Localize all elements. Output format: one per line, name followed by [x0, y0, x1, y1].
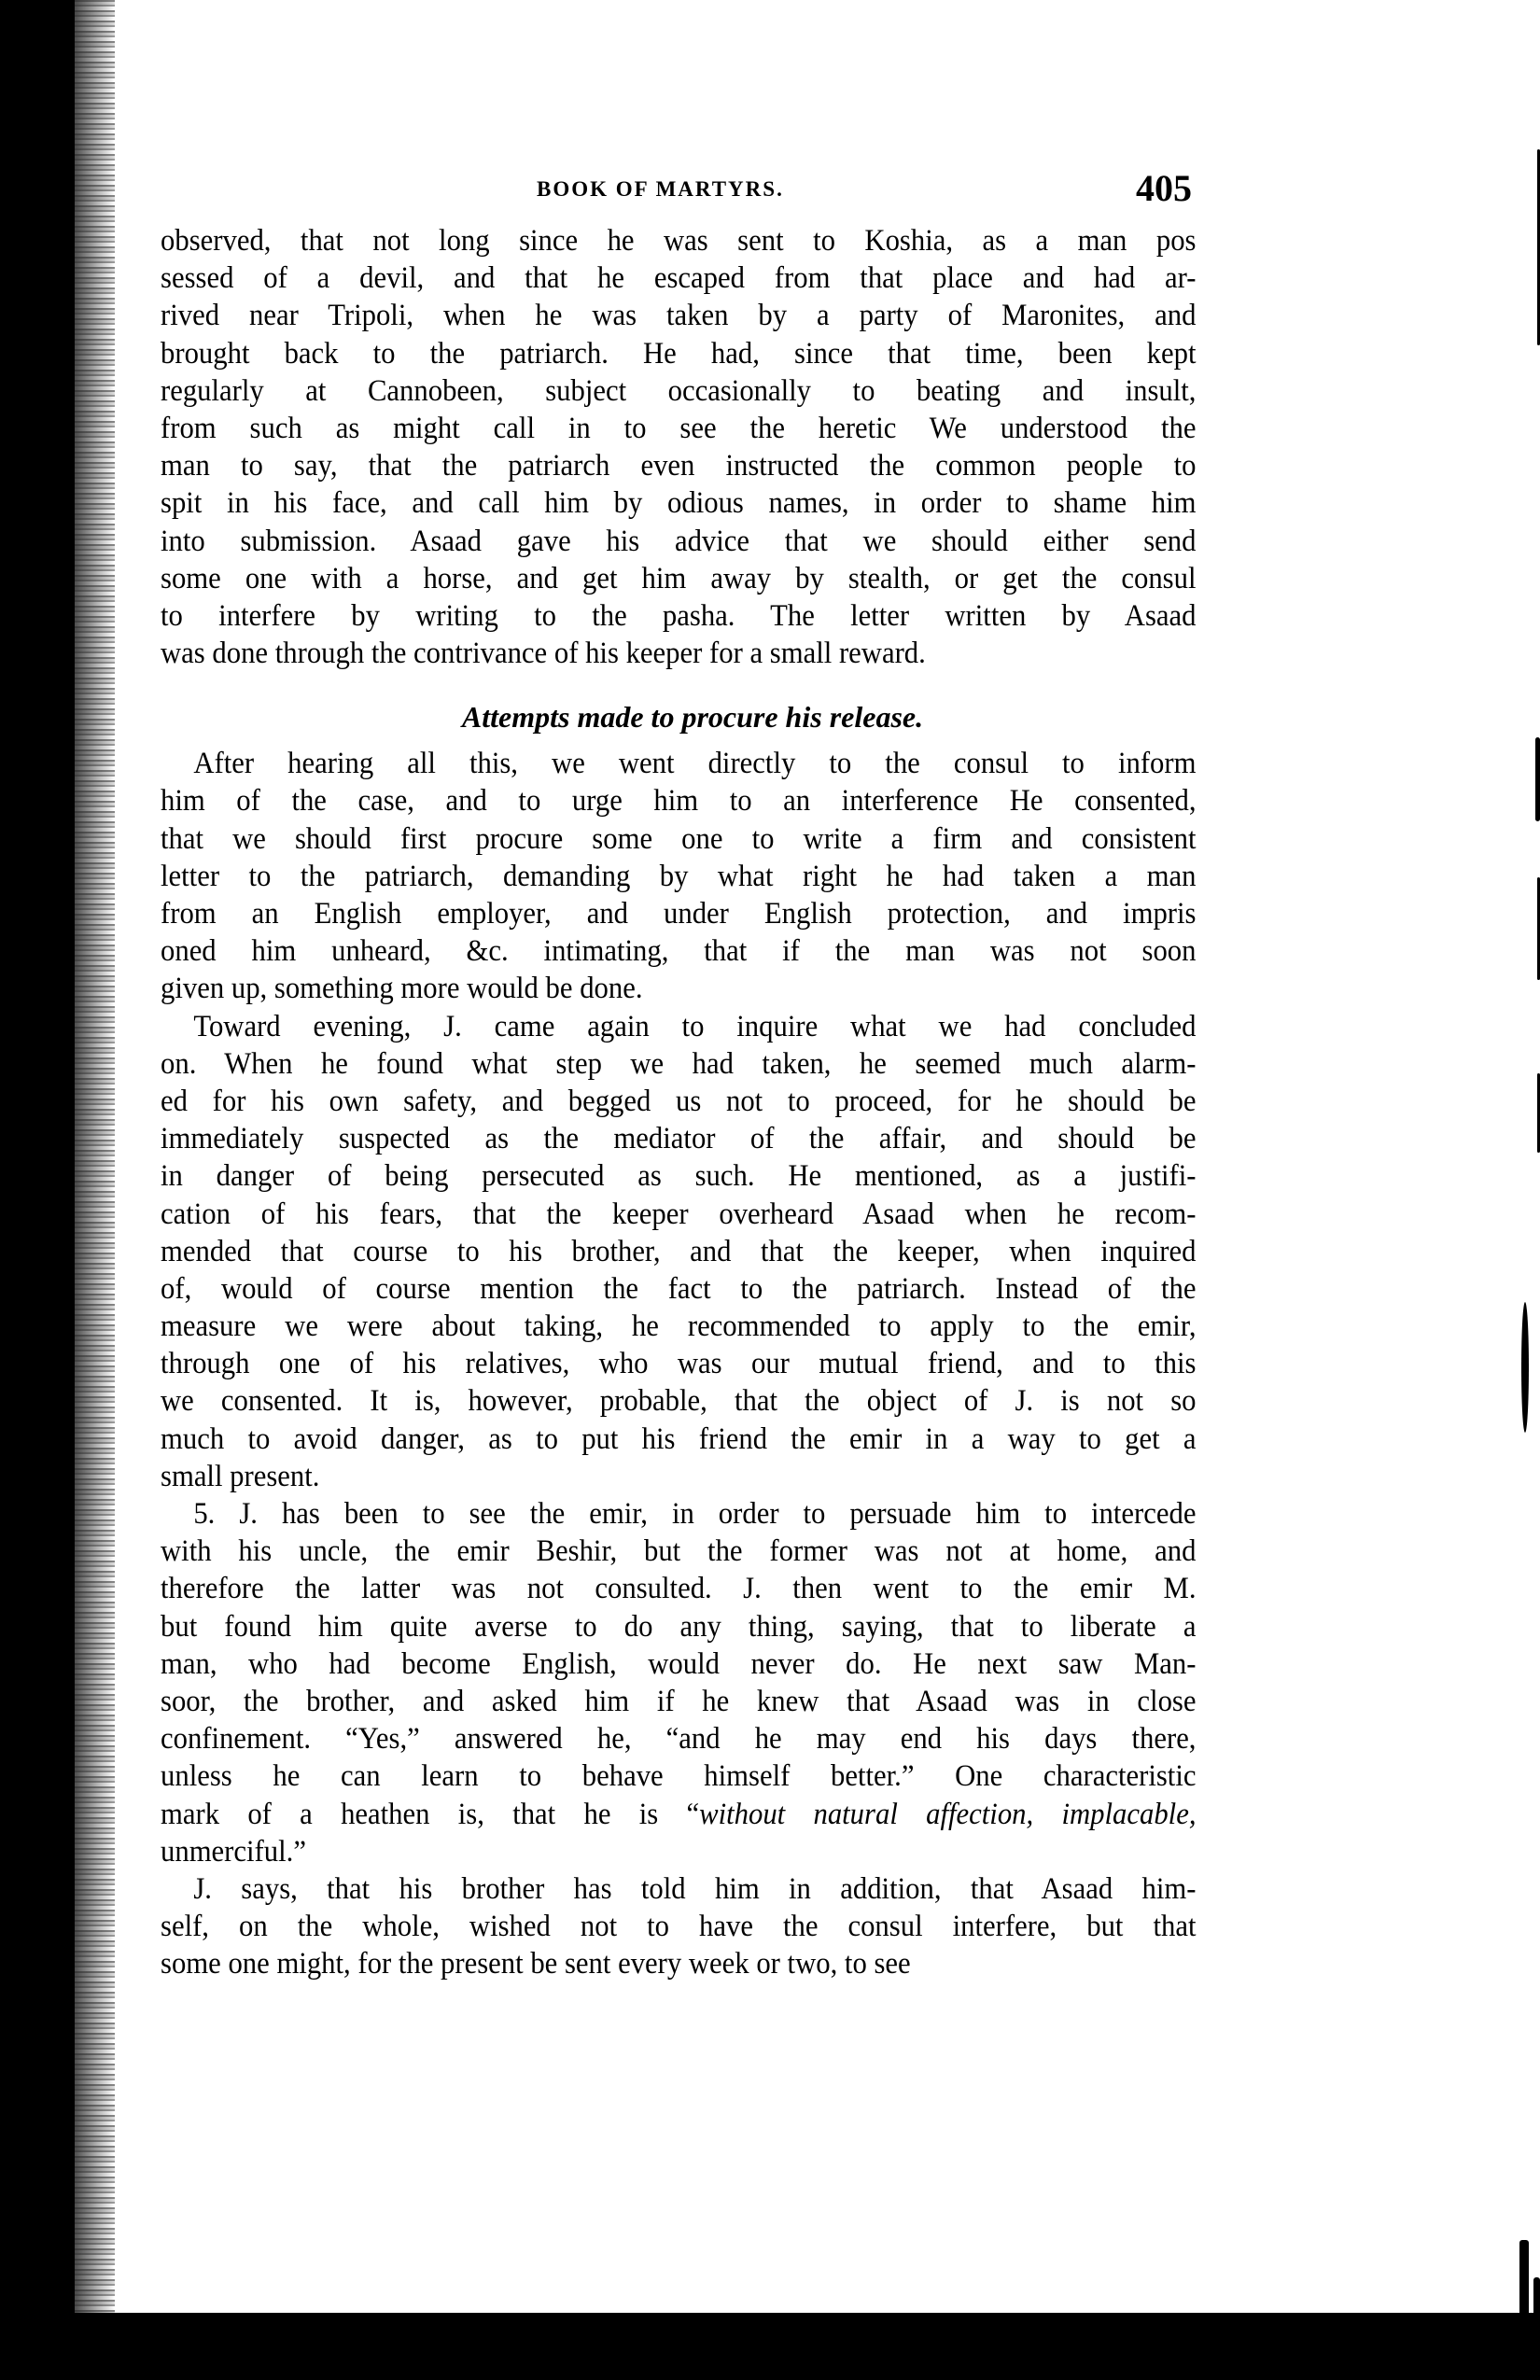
- text-line: sessed of a devil, and that he escaped f…: [161, 259, 1196, 297]
- text-line: brought back to the patriarch. He had, s…: [161, 335, 1196, 372]
- text-line: unmerciful.”: [161, 1833, 1196, 1870]
- text-line: confinement. “Yes,” answered he, “and he…: [161, 1720, 1196, 1757]
- text-line: regularly at Cannobeen, subject occasion…: [161, 372, 1196, 410]
- text-line: from an English employer, and under Engl…: [161, 895, 1196, 932]
- text-line: immediately suspected as the mediator of…: [161, 1120, 1196, 1157]
- text-line: some one might, for the present be sent …: [161, 1945, 1196, 1982]
- text-line: that we should first procure some one to…: [161, 820, 1196, 858]
- text-line: therefore the latter was not consulted. …: [161, 1570, 1196, 1607]
- text-line: we consented. It is, however, probable, …: [161, 1382, 1196, 1420]
- text-line: but found him quite averse to do any thi…: [161, 1608, 1196, 1645]
- text-line: After hearing all this, we went directly…: [161, 745, 1196, 782]
- scan-right-mark: [1521, 1302, 1529, 1433]
- text-line: cation of his fears, that the keeper ove…: [161, 1196, 1196, 1233]
- paragraph: After hearing all this, we went directly…: [161, 745, 1197, 1007]
- text-line: him of the case, and to urge him to an i…: [161, 782, 1196, 819]
- text-line: mark of a heathen is, that he is “withou…: [161, 1796, 1196, 1833]
- text-line: into submission. Asaad gave his advice t…: [161, 523, 1196, 560]
- scan-right-mark: [1533, 2277, 1540, 2329]
- text-line: on. When he found what step we had taken…: [161, 1045, 1196, 1083]
- text-line: was done through the contrivance of his …: [161, 635, 1196, 672]
- text-line: measure we were about taking, he recomme…: [161, 1308, 1196, 1345]
- text-line: J. says, that his brother has told him i…: [161, 1870, 1196, 1908]
- text-line: soor, the brother, and asked him if he k…: [161, 1683, 1196, 1720]
- page-number: 405: [1136, 166, 1192, 210]
- text-line: 5. J. has been to see the emir, in order…: [161, 1495, 1196, 1533]
- text-line: observed, that not long since he was sen…: [161, 222, 1196, 259]
- text-line: spit in his face, and call him by odious…: [161, 484, 1196, 522]
- scan-left-edge: [0, 0, 75, 2380]
- text-line: with his uncle, the emir Beshir, but the…: [161, 1533, 1196, 1570]
- paragraph: 5. J. has been to see the emir, in order…: [161, 1495, 1197, 1870]
- text-line: some one with a horse, and get him away …: [161, 560, 1196, 597]
- text-line: Toward evening, J. came again to inquire…: [161, 1008, 1196, 1045]
- text-line: man, who had become English, would never…: [161, 1645, 1196, 1683]
- text-line: small present.: [161, 1458, 1196, 1495]
- text-line: from such as might call in to see the he…: [161, 410, 1196, 447]
- text-line: of, would of course mention the fact to …: [161, 1270, 1196, 1308]
- text-line: ed for his own safety, and begged us not…: [161, 1083, 1196, 1120]
- scan-right-mark: [1519, 2240, 1529, 2329]
- text-line: letter to the patriarch, demanding by wh…: [161, 858, 1196, 895]
- text-line: man to say, that the patriarch even inst…: [161, 447, 1196, 484]
- text-line: through one of his relatives, who was ou…: [161, 1345, 1196, 1382]
- text-line: to interfere by writing to the pasha. Th…: [161, 597, 1196, 635]
- text-line: much to avoid danger, as to put his frie…: [161, 1421, 1196, 1458]
- scan-right-mark: [1535, 737, 1540, 821]
- paragraph: J. says, that his brother has told him i…: [161, 1870, 1197, 1983]
- text-line: in danger of being persecuted as such. H…: [161, 1157, 1196, 1195]
- text-line: rived near Tripoli, when he was taken by…: [161, 297, 1196, 334]
- page-body: observed, that not long since he was sen…: [161, 222, 1197, 1982]
- scan-bottom-edge: [0, 2313, 1540, 2380]
- running-title: BOOK OF MARTYRS.: [537, 177, 784, 202]
- text-line: self, on the whole, wished not to have t…: [161, 1908, 1196, 1945]
- section-heading: Attempts made to procure his release.: [161, 672, 1197, 745]
- paragraph: Toward evening, J. came again to inquire…: [161, 1008, 1197, 1495]
- scan-left-edge-noise: [73, 0, 115, 2380]
- text-line: unless he can learn to behave himself be…: [161, 1757, 1196, 1795]
- paragraph: observed, that not long since he was sen…: [161, 222, 1197, 672]
- text-line: mended that course to his brother, and t…: [161, 1233, 1196, 1270]
- text-line: given up, something more would be done.: [161, 970, 1196, 1007]
- text-line: oned him unheard, &c. intimating, that i…: [161, 932, 1196, 970]
